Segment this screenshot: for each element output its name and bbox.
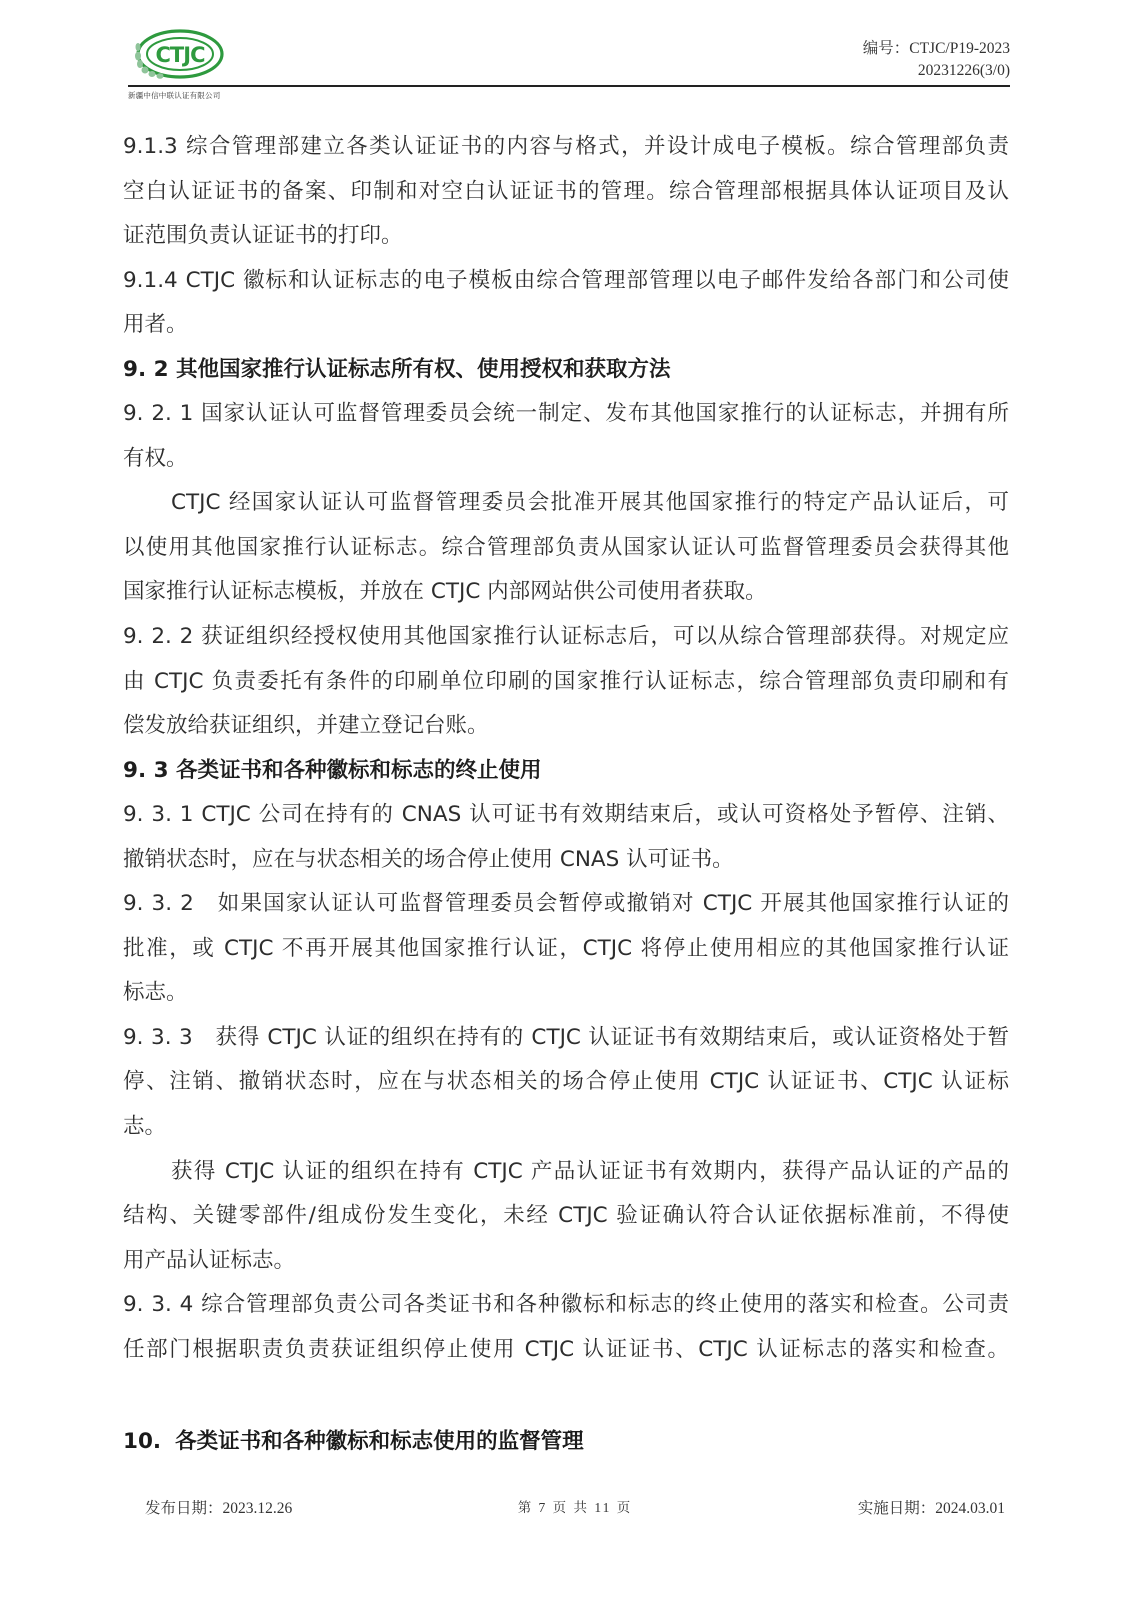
paragraph-line: 9. 3. 1 CTJC 公司在持有的 CNAS 认可证书有效期结束后，或认可资… — [123, 793, 1009, 838]
paragraph-line: 停、注销、撤销状态时，应在与状态相关的场合停止使用 CTJC 认证证书、CTJC… — [123, 1060, 1009, 1105]
paragraph-line: 空白认证证书的备案、印制和对空白认证证书的管理。综合管理部根据具体认证项目及认 — [123, 170, 1009, 215]
section-10-heading: 10.各类证书和各种徽标和标志使用的监督管理 — [123, 1424, 584, 1455]
paragraph-line: 9. 3. 2 如果国家认证认可监督管理委员会暂停或撤销对 CTJC 开展其他国… — [123, 882, 1009, 927]
paragraph-line: 9. 2. 1 国家认证认可监督管理委员会统一制定、发布其他国家推行的认证标志，… — [123, 392, 1009, 437]
paragraph-line: 批准，或 CTJC 不再开展其他国家推行认证，CTJC 将停止使用相应的其他国家… — [123, 927, 1009, 972]
svg-text:CTJC: CTJC — [156, 43, 206, 67]
paragraph-line: 标志。 — [123, 971, 1009, 1016]
paragraph-line: 用产品认证标志。 — [123, 1239, 1009, 1284]
paragraph-line: 国家推行认证标志模板，并放在 CTJC 内部网站供公司使用者获取。 — [123, 570, 1009, 615]
paragraph-line: 有权。 — [123, 437, 1009, 482]
paragraph-line: 偿发放给获证组织，并建立登记台账。 — [123, 704, 1009, 749]
paragraph-line: 以使用其他国家推行认证标志。综合管理部负责从国家认证认可监督管理委员会获得其他 — [123, 526, 1009, 571]
revision: 20231226(3/0) — [863, 60, 1010, 82]
paragraph-line: 9.1.4 CTJC 徽标和认证标志的电子模板由综合管理部管理以电子邮件发给各部… — [123, 259, 1009, 304]
page-footer: 发布日期：2023.12.26 第 7 页 共 11 页 实施日期：2024.0… — [145, 1496, 1005, 1522]
paragraph-line: 志。 — [123, 1105, 1009, 1150]
paragraph-line: 证范围负责认证证书的打印。 — [123, 214, 1009, 259]
paragraph-line: 9. 2. 2 获证组织经授权使用其他国家推行认证标志后，可以从综合管理部获得。… — [123, 615, 1009, 660]
paragraph-line: 用者。 — [123, 303, 1009, 348]
paragraph-line: 结构、关键零部件/组成份发生变化，未经 CTJC 验证确认符合认证依据标准前，不… — [123, 1194, 1009, 1239]
paragraph-line: 获得 CTJC 认证的组织在持有 CTJC 产品认证证书有效期内，获得产品认证的… — [123, 1150, 1009, 1195]
paragraph-line: 撤销状态时，应在与状态相关的场合停止使用 CNAS 认可证书。 — [123, 838, 1009, 883]
ctjc-logo-icon: CTJC — [128, 28, 224, 86]
company-name: 新疆中信中联认证有限公司 — [128, 90, 220, 101]
doc-number: CTJC/P19-2023 — [909, 40, 1010, 57]
document-number-block: 编号：CTJC/P19-2023 20231226(3/0) — [863, 38, 1010, 82]
section-number: 10. — [123, 1429, 161, 1454]
header-rule — [128, 85, 1010, 87]
page-header: CTJC 新疆中信中联认证有限公司 编号：CTJC/P19-2023 20231… — [128, 24, 1010, 104]
section-heading: 9. 2 其他国家推行认证标志所有权、使用授权和获取方法 — [123, 348, 1009, 393]
paragraph-line: 9. 3. 4 综合管理部负责公司各类证书和各种徽标和标志的终止使用的落实和检查… — [123, 1283, 1009, 1328]
document-body: 9.1.3 综合管理部建立各类认证证书的内容与格式，并设计成电子模板。综合管理部… — [123, 125, 1009, 1372]
effective-date: 实施日期：2024.03.01 — [858, 1496, 1005, 1518]
paragraph-line: 9. 3. 3 获得 CTJC 认证的组织在持有的 CTJC 认证证书有效期结束… — [123, 1016, 1009, 1061]
section-title: 各类证书和各种徽标和标志使用的监督管理 — [175, 1429, 584, 1454]
paragraph-line: 由 CTJC 负责委托有条件的印刷单位印刷的国家推行认证标志，综合管理部负责印刷… — [123, 660, 1009, 705]
section-heading: 9. 3 各类证书和各种徽标和标志的终止使用 — [123, 749, 1009, 794]
paragraph-line: 任部门根据职责负责获证组织停止使用 CTJC 认证证书、CTJC 认证标志的落实… — [123, 1328, 1009, 1373]
doc-number-label: 编号： — [863, 40, 910, 57]
paragraph-line: 9.1.3 综合管理部建立各类认证证书的内容与格式，并设计成电子模板。综合管理部… — [123, 125, 1009, 170]
paragraph-line: CTJC 经国家认证认可监督管理委员会批准开展其他国家推行的特定产品认证后，可 — [123, 481, 1009, 526]
